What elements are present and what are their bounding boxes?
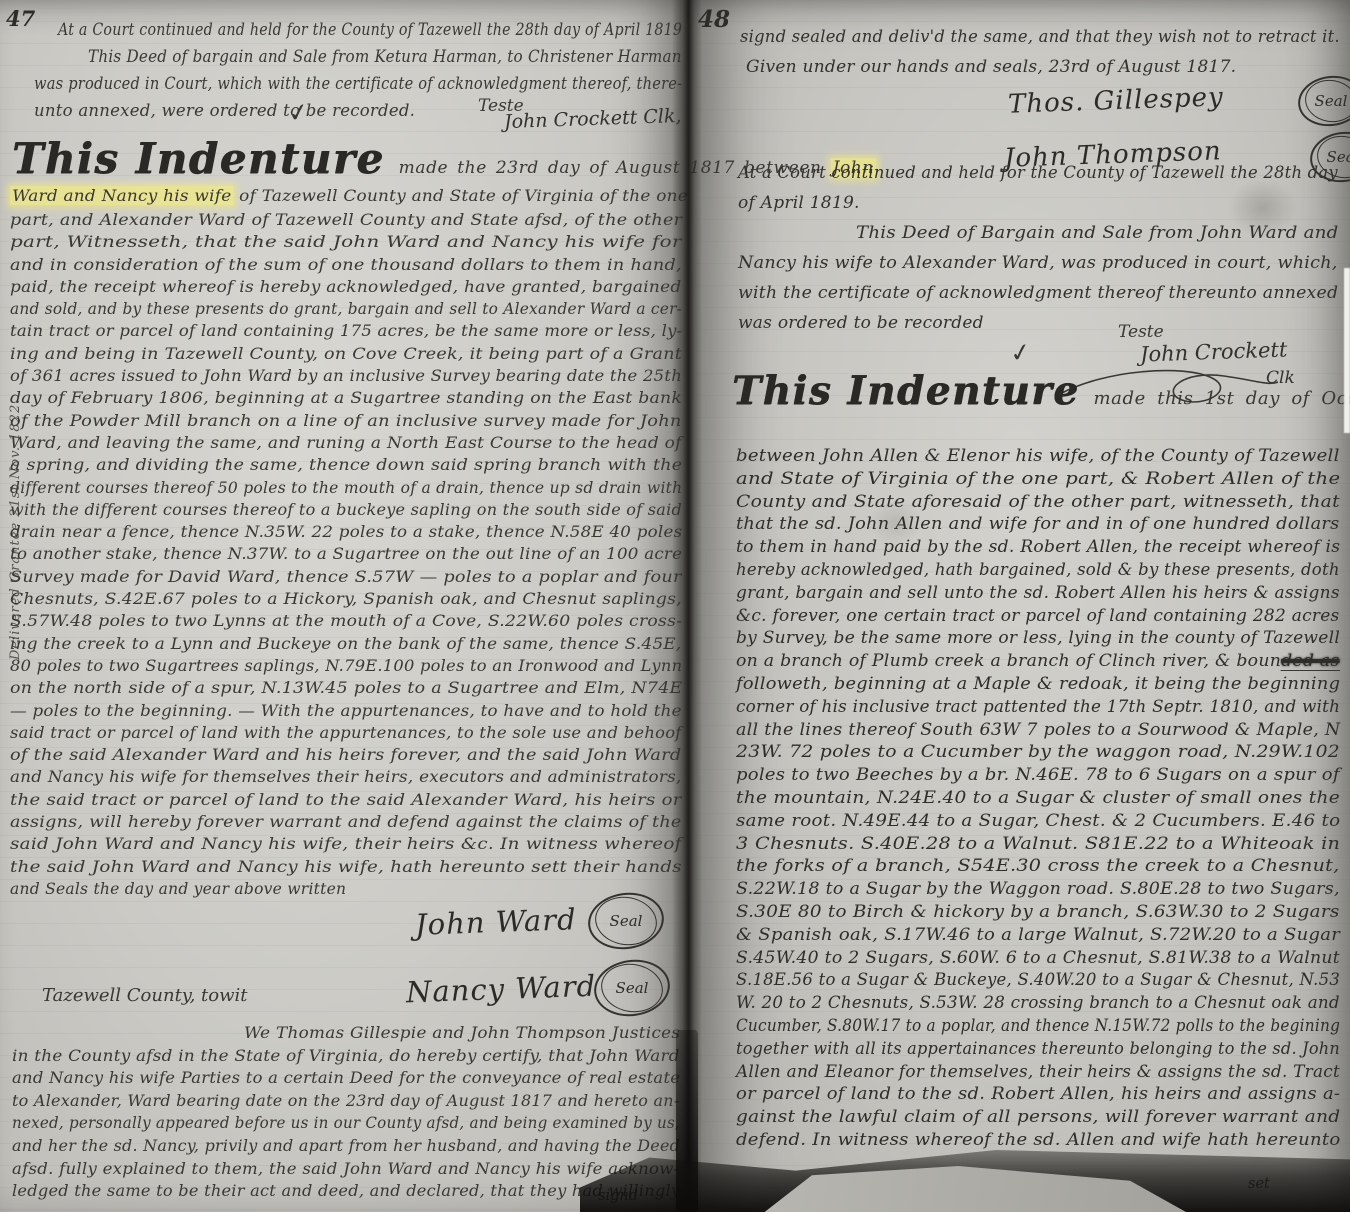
text-line: and State of Virginia of the one part, &… [736,468,1340,491]
text-line: This Deed of Bargain and Sale from John … [856,218,1339,248]
text-line-bounded: on a branch of Plumb creek a branch of C… [736,650,1340,673]
text-line: ing and being in Tazewell County, on Cov… [10,343,682,365]
text-line: — poles to the beginning. — With the app… [10,700,682,722]
text-line: Given under our hands and seals, 23rd of… [746,52,1236,82]
county-towit: Tazewell County, towit [42,985,248,1006]
seal-stamp: Seal [1298,76,1350,126]
indenture-opening-right: This Indenture made this 1st day of Octo… [732,368,1350,414]
text-line: by Survey, be the same more or less, lyi… [736,627,1340,650]
text-line: on the north side of a spur, N.13W.45 po… [10,677,683,699]
text-line: and sold, and by these presents do grant… [10,298,682,320]
text-line: Chesnuts, S.42E.67 poles to a Hickory, S… [10,588,682,610]
text-line: and in consideration of the sum of one t… [10,254,682,276]
text-line: County and State aforesaid of the other … [736,491,1340,514]
continuation-right: signd sealed and deliv'd the same, and t… [740,22,1340,82]
court-note-right: At a Court continued and held for the Co… [738,158,1338,338]
text-line: drain near a fence, thence N.35W. 22 pol… [10,521,682,543]
page-47: 47 Delivered Grantee 21st Nov. 1822. At … [0,0,688,1212]
text-line: afsd. fully explained to them, the said … [12,1158,680,1181]
text-line: and Nancy his wife Parties to a certain … [12,1067,680,1090]
text-line: At a Court continued and held for the Co… [738,158,1338,188]
page-edge-sliver [1344,268,1350,433]
text-line: or parcel of land to the sd. Robert Alle… [736,1083,1340,1106]
seal-stamp: Seal [594,960,670,1016]
text-line: hereby acknowledged, hath bargained, sol… [736,559,1340,582]
deed-body-right: between John Allen & Elenor his wife, of… [736,445,1340,1152]
text-line: 3 Chesnuts. S.40E.28 to a Walnut. S81E.2… [736,833,1340,856]
text-line: This Deed of bargain and Sale from Ketur… [88,43,682,70]
page-number-48: 48 [698,6,730,33]
text-line: all the lines thereof South 63W 7 poles … [736,719,1340,742]
text-line: between John Allen & Elenor his wife, of… [736,445,1340,468]
text-line: day of February 1806, beginning at a Sug… [10,387,682,409]
text-line: of the Powder Mill branch on a line of a… [10,410,682,432]
text-line: with the certificate of acknowledgment t… [738,278,1338,308]
text-line: nexed, personally appeared before us in … [12,1112,680,1135]
signature-nancy-ward: Nancy Ward [405,969,596,1010]
teste-label: Teste [1118,322,1164,342]
text-line: the forks of a branch, S54E.30 cross the… [736,855,1340,878]
text-line: and Seals the day and year above written [10,878,346,900]
text-line: to another stake, thence N.37W. to a Sug… [10,543,682,565]
text-line: was produced in Court, which with the ce… [34,70,682,97]
text-line: S.57W.48 poles to two Lynns at the mouth… [10,610,682,632]
text-line: Allen and Eleanor for themselves, their … [736,1061,1340,1084]
certificate-left: We Thomas Gillespie and John Thompson Ju… [12,1022,680,1203]
text-line: to Alexander, Ward bearing date on the 2… [12,1090,679,1113]
text-line: unto annexed, were ordered to be recorde… [34,97,415,124]
text-line: Nancy his wife to Alexander Ward, was pr… [738,248,1338,278]
text-line: different courses thereof 50 poles to th… [10,477,682,499]
text-line: ing the creek to a Lynn and Buckeye on t… [10,633,682,655]
text-line: We Thomas Gillespie and John Thompson Ju… [244,1022,680,1045]
check-mark-icon: ✓ [1008,336,1034,368]
text-line: part, and Alexander Ward of Tazewell Cou… [10,209,682,231]
text-line: the said John Ward and Nancy his wife, h… [10,856,682,878]
text-line: Ward, and leaving the same, and runing a… [10,432,682,454]
page-number-47: 47 [6,6,35,31]
page-48: 48 signd sealed and deliv'd the same, an… [688,0,1350,1212]
text-line: of April 1819. [738,188,860,218]
indenture-line2: Ward and Nancy his wife of Tazewell Coun… [10,186,688,205]
indenture-heading: This Indenture [732,368,1080,414]
text-line: was ordered to be recorded [738,308,984,338]
text-line: S.30E 80 to Birch & hickory by a branch,… [736,901,1340,924]
text-line: tain tract or parcel of land containing … [10,320,682,342]
text-line: &c. forever, one certain tract or parcel… [736,605,1340,628]
text-line: Cucumber, S.80W.17 to a poplar, and then… [736,1015,1340,1038]
deed-body-left: part, and Alexander Ward of Tazewell Cou… [10,209,682,900]
deed-book-scan: 47 Delivered Grantee 21st Nov. 1822. At … [0,0,1350,1212]
text-line: S.18E.56 to a Sugar & Buckeye, S.40W.20 … [736,969,1340,992]
text-line: assigns, will hereby forever warrant and… [10,811,682,833]
text-line: of the said Alexander Ward and his heirs… [10,744,681,766]
text-line: 23W. 72 poles to a Cucumber by the waggo… [736,741,1340,764]
seal-stamp: Seal [588,893,664,949]
text-line: signd sealed and deliv'd the same, and t… [740,22,1340,52]
text-line: of 361 acres issued to John Ward by an i… [10,365,682,387]
indenture-heading: This Indenture [12,134,385,183]
text-line: & Spanish oak, S.17W.46 to a large Walnu… [736,924,1340,947]
text-line: a spring, and dividing the same, thence … [10,454,682,476]
text-line: same root. N.49E.44 to a Sugar, Chest. &… [736,810,1340,833]
struck-text: ded as [1281,651,1340,671]
text-line: and her the sd. Nancy, privily and apart… [12,1135,680,1158]
text-line: Survey made for David Ward, thence S.57W… [10,566,682,588]
text-line: the said tract or parcel of land to the … [10,789,682,811]
text-line: and Nancy his wife for themselves their … [10,766,682,788]
signature-thos-gillespey: Thos. Gillespey [1008,82,1225,120]
text-line: to them in hand paid by the sd. Robert A… [736,536,1340,559]
text-line: defend. In witness whereof the sd. Allen… [736,1129,1341,1152]
text-line: grant, bargain and sell unto the sd. Rob… [736,582,1340,605]
text-line: in the County afsd in the State of Virgi… [12,1045,680,1068]
text-line: 80 poles to two Sugartrees saplings, N.7… [10,655,682,677]
text-line: followeth, beginning at a Maple & redoak… [736,673,1340,696]
signature-john-ward: John Ward [414,902,577,942]
text-line: poles to two Beeches by a br. N.46E. 78 … [736,764,1340,787]
text-line: S.22W.18 to a Sugar by the Waggon road. … [736,878,1340,901]
text-line: with the different courses thereof to a … [10,499,682,521]
text-line: paid, the receipt whereof is hereby ackn… [10,276,681,298]
text-line: the mountain, N.24E.40 to a Sugar & clus… [736,787,1340,810]
text-line: W. 20 to 2 Chesnuts, S.53W. 28 crossing … [736,992,1340,1015]
text-line: together with all its appertainances the… [736,1038,1340,1061]
text-line: said tract or parcel of land with the ap… [10,722,682,744]
indenture-opening-text: made this 1st day of October 1818 [1094,388,1350,409]
text-line: S.45W.40 to 2 Sugars, S.60W. 6 to a Ches… [736,947,1340,970]
highlight-ward-nancy: Ward and Nancy his wife [10,186,234,205]
text-line: gainst the lawful claim of all persons, … [736,1106,1340,1129]
text-line: corner of his inclusive tract pattented … [736,696,1340,719]
text-line: that the sd. John Allen and wife for and… [736,513,1340,536]
text-line: said John Ward and Nancy his wife, their… [10,833,682,855]
text-line: part, Witnesseth, that the said John War… [10,231,682,253]
text-line: At a Court continued and held for the Co… [58,16,682,43]
